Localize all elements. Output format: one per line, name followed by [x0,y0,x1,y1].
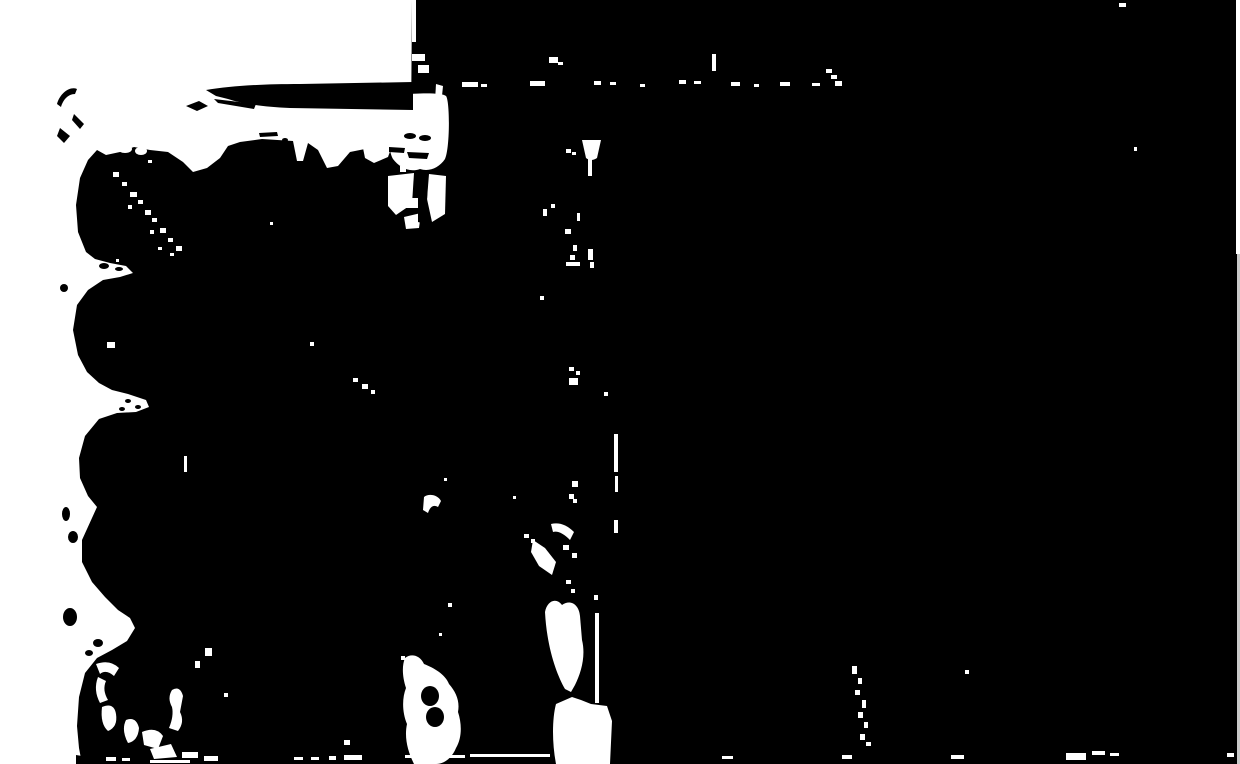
white-speck [400,166,406,172]
black-shape [407,152,429,159]
white-speck [405,755,465,758]
white-speck [205,648,212,656]
white-speck [831,75,837,79]
black-speck [419,135,431,141]
white-speck [569,367,574,371]
white-speck [138,200,143,204]
white-speck [694,81,701,84]
white-speck [1110,753,1119,756]
white-speck [371,390,375,394]
white-speck [195,661,200,668]
black-speck [426,707,444,727]
scene-canvas [0,0,1240,764]
white-speck [563,545,569,550]
white-speck [965,670,969,674]
black-speck [125,399,131,403]
black-speck [63,608,77,626]
white-speck [160,228,166,233]
white-speck [176,246,182,251]
white-speck [540,296,544,300]
white-speck [842,755,852,759]
white-speck [481,84,487,87]
black-speck [62,507,70,521]
black-speck [60,284,68,292]
white-speck [310,342,314,346]
white-speck [1227,753,1234,757]
white-speck [107,342,115,348]
white-speck [329,756,336,760]
white-speck [135,147,147,155]
black-speck [282,138,288,142]
white-speck [448,603,452,607]
white-speck [224,693,228,697]
white-speck [513,496,516,499]
white-speck [470,754,550,757]
white-speck [412,0,416,42]
white-speck [168,238,173,242]
white-speck [590,262,594,268]
white-speck [531,539,535,543]
white-speck [128,205,132,209]
white-speck [412,54,425,61]
white-speck [614,520,618,533]
white-speck [866,742,871,746]
white-speck [543,209,547,216]
white-speck [444,478,447,481]
white-speck [614,434,618,472]
white-speck [158,247,162,250]
white-speck [122,758,130,761]
white-speck [855,690,860,695]
white-speck [566,262,580,266]
white-speck [344,755,362,760]
white-speck [722,756,733,759]
white-speck [148,160,152,163]
white-speck [679,80,686,84]
white-speck [731,82,740,86]
white-speck [116,259,119,262]
white-speck [864,722,868,728]
white-speck [595,613,599,703]
white-speck [852,666,857,674]
white-speck [588,249,593,260]
white-speck [113,172,119,177]
white-speck [572,481,578,487]
white-speck [712,54,716,71]
white-speck [571,589,575,593]
white-speck [118,145,132,153]
white-speck [294,757,303,760]
black-speck [85,650,93,656]
white-speck [549,57,558,63]
white-speck [576,371,580,375]
white-speck [439,633,442,636]
white-speck [418,65,429,73]
black-speck [135,405,141,409]
white-speck [594,595,598,600]
white-speck [569,494,574,499]
white-speck [344,740,350,745]
white-speck [403,178,408,198]
white-speck [826,69,832,73]
white-speck [565,229,571,234]
white-speck [1092,751,1105,755]
white-speck [551,204,555,208]
white-speck [462,82,478,87]
white-speck [860,734,865,740]
white-speck [1134,147,1137,151]
white-speck [577,213,580,221]
white-speck [780,82,790,86]
white-shape [553,697,612,764]
white-speck [184,456,187,472]
white-speck [558,62,563,65]
white-speck [311,757,319,760]
white-speck [573,499,577,503]
white-speck [570,255,575,260]
white-speck [566,580,571,584]
white-speck [145,210,151,215]
white-speck [170,253,174,256]
white-speck [572,553,577,558]
white-speck [353,378,358,382]
white-speck [588,158,592,176]
black-speck [119,407,125,411]
white-speck [530,81,545,86]
black-speck [404,133,416,139]
white-speck [1119,3,1126,7]
black-speck [99,263,109,269]
white-speck [615,476,618,492]
white-speck [1066,753,1086,760]
white-speck [152,218,157,222]
black-speck [93,639,103,647]
black-shape [389,147,405,153]
white-speck [362,384,368,389]
white-speck [1236,0,1240,254]
white-speck [406,198,418,208]
white-speck [569,378,578,385]
white-speck [594,81,601,85]
white-speck [858,712,863,718]
white-speck [835,81,842,86]
white-speck [573,245,577,251]
binarized-photograph [0,0,1240,764]
white-speck [858,678,862,684]
black-speck [68,531,78,543]
white-speck [640,84,645,87]
white-speck [106,757,116,761]
white-speck [610,82,616,85]
white-speck [754,84,759,87]
white-speck [401,656,405,660]
white-speck [524,534,529,538]
white-speck [182,752,198,758]
white-speck [150,230,154,234]
white-speck [566,149,571,153]
black-speck [421,686,439,706]
white-speck [415,756,425,759]
white-speck [604,392,608,396]
black-speck [115,267,123,271]
white-speck [812,83,820,86]
white-speck [150,760,190,763]
white-speck [204,756,218,761]
white-speck [130,192,137,197]
white-speck [270,222,273,225]
white-speck [862,700,866,708]
white-speck [951,755,964,759]
white-speck [122,182,127,186]
white-speck [572,152,576,155]
